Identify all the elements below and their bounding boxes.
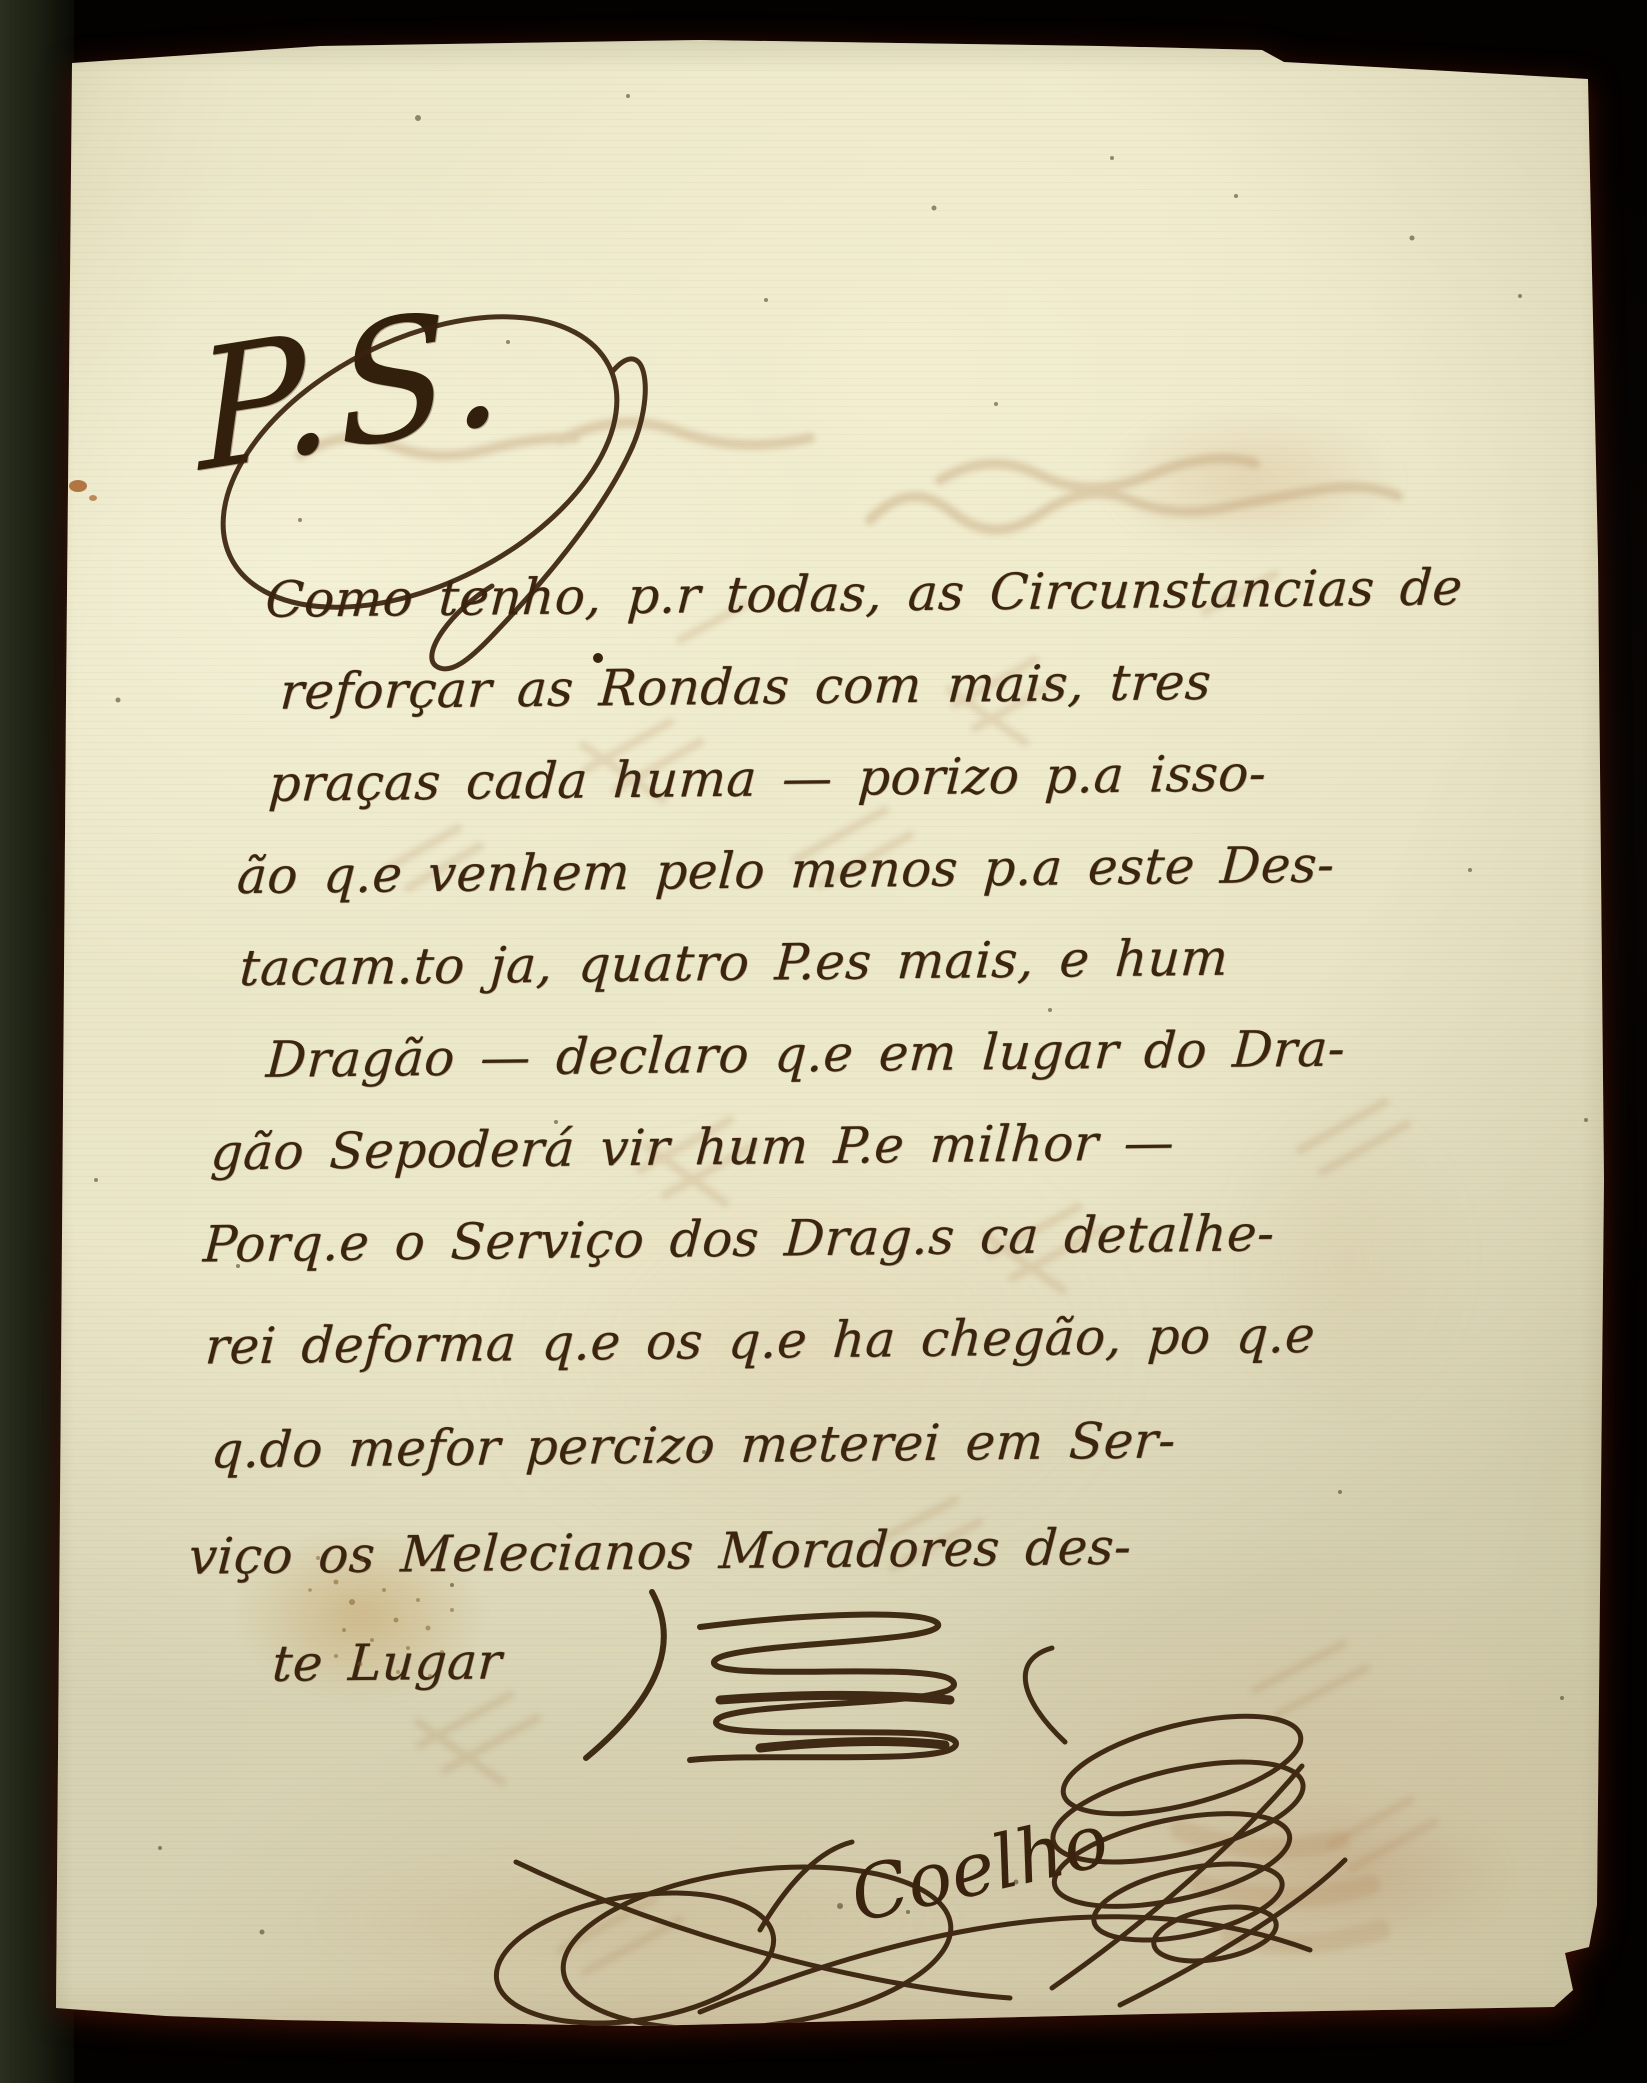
ps-flourish xyxy=(176,257,665,669)
closing-scribble xyxy=(586,1592,956,1760)
ps-period-dot xyxy=(593,653,603,663)
photographed-manuscript: P.S. Como tenho, p.r todas, as Circunsta… xyxy=(0,0,1647,2083)
rust-fleck xyxy=(69,480,97,501)
manuscript-page: P.S. Como tenho, p.r todas, as Circunsta… xyxy=(0,0,1647,2083)
stain-speckle-cluster xyxy=(308,1556,454,1678)
ink-flourishes: Coelho xyxy=(0,0,1647,2083)
foxing-specks xyxy=(94,94,1588,1935)
paper-shadow-wrap: P.S. Como tenho, p.r todas, as Circunsta… xyxy=(0,0,1647,2083)
